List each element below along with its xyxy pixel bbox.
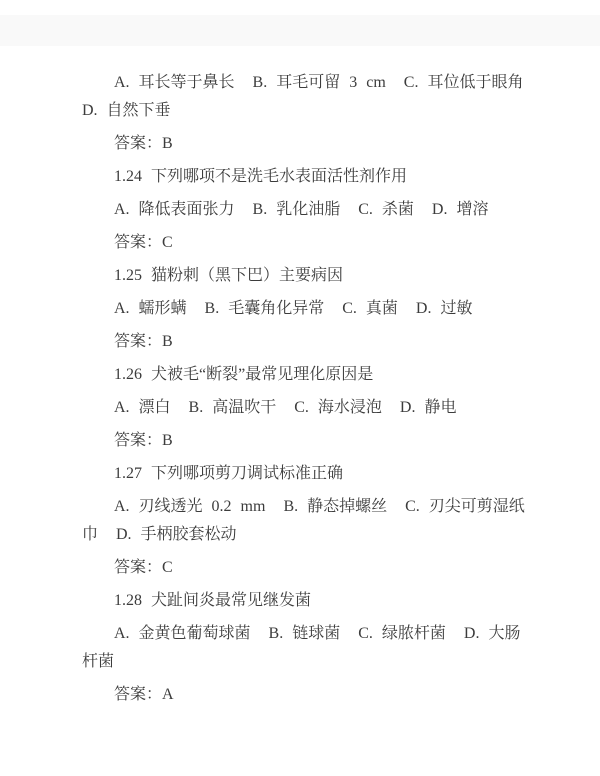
question-1-23-options: A. 耳长等于鼻长 B. 耳毛可留 3 cm C. 耳位低于眼角 D. 自然下垂 — [82, 69, 540, 125]
question-1-28-options: A. 金黄色葡萄球菌 B. 链球菌 C. 绿脓杆菌 D. 大肠 杆菌 — [82, 620, 540, 676]
question-1-27-options: A. 刃线透光 0.2 mm B. 静态掉螺丝 C. 刃尖可剪湿纸 巾 D. 手… — [82, 493, 540, 549]
question-1-23-answer: 答案：B — [82, 130, 540, 158]
question-1-28-answer: 答案：A — [82, 681, 540, 709]
question-1-26-answer: 答案：B — [82, 427, 540, 455]
question-1-25-options: A. 蠕形螨 B. 毛囊角化异常 C. 真菌 D. 过敏 — [82, 295, 540, 323]
question-1-27-stem: 1.27 下列哪项剪刀调试标准正确 — [82, 460, 540, 488]
question-1-26-stem: 1.26 犬被毛“断裂”最常见理化原因是 — [82, 361, 540, 389]
question-1-24-options: A. 降低表面张力 B. 乳化油脂 C. 杀菌 D. 增溶 — [82, 196, 540, 224]
question-1-24-answer: 答案：C — [82, 229, 540, 257]
question-1-26-options: A. 漂白 B. 高温吹干 C. 海水浸泡 D. 静电 — [82, 394, 540, 422]
question-1-28-stem: 1.28 犬趾间炎最常见继发菌 — [82, 587, 540, 615]
page-top-shading — [0, 15, 600, 46]
question-1-27-answer: 答案：C — [82, 554, 540, 582]
question-1-25-stem: 1.25 猫粉刺（黑下巴）主要病因 — [82, 262, 540, 290]
question-1-25-answer: 答案：B — [82, 328, 540, 356]
document-page: A. 耳长等于鼻长 B. 耳毛可留 3 cm C. 耳位低于眼角 D. 自然下垂… — [82, 69, 540, 714]
question-1-24-stem: 1.24 下列哪项不是洗毛水表面活性剂作用 — [82, 163, 540, 191]
